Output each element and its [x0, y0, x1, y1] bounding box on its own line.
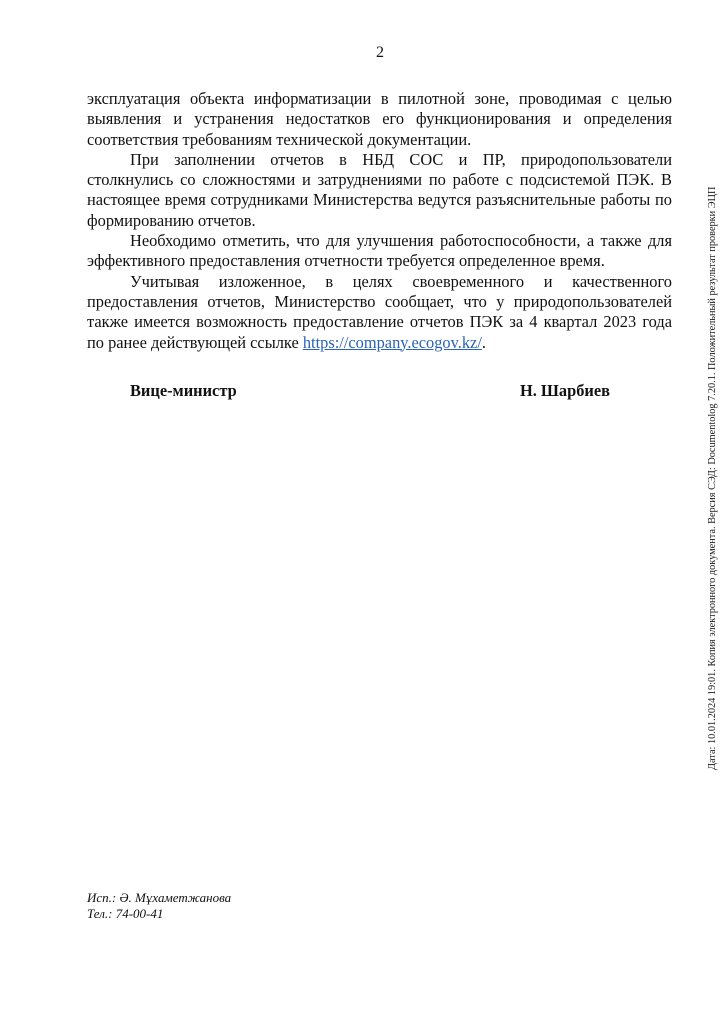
signatory-role: Вице-министр — [130, 381, 237, 401]
signatory-name: Н. Шарбиев — [520, 381, 610, 401]
paragraph-conclusion: Учитывая изложенное, в целях своевременн… — [87, 272, 672, 353]
electronic-signature-stamp: Дата: 10.01.2024 19:01. Копия электронно… — [707, 187, 718, 770]
executor-block: Исп.: Ә. Мұхаметжанова Тел.: 74-00-41 — [87, 890, 231, 922]
conclusion-period: . — [482, 333, 486, 352]
paragraph-continuation: эксплуатация объекта информатизации в пи… — [87, 89, 672, 150]
ecogov-link[interactable]: https://company.ecogov.kz/ — [303, 333, 482, 352]
letter-body: эксплуатация объекта информатизации в пи… — [87, 89, 672, 353]
page-number: 2 — [0, 44, 724, 62]
paragraph-reporting-difficulties: При заполнении отчетов в НБД СОС и ПР, п… — [87, 150, 672, 231]
document-page: 2 эксплуатация объекта информатизации в … — [0, 0, 724, 1024]
executor-phone: Тел.: 74-00-41 — [87, 906, 231, 922]
paragraph-time-required: Необходимо отметить, что для улучшения р… — [87, 231, 672, 272]
executor-name: Исп.: Ә. Мұхаметжанова — [87, 890, 231, 906]
